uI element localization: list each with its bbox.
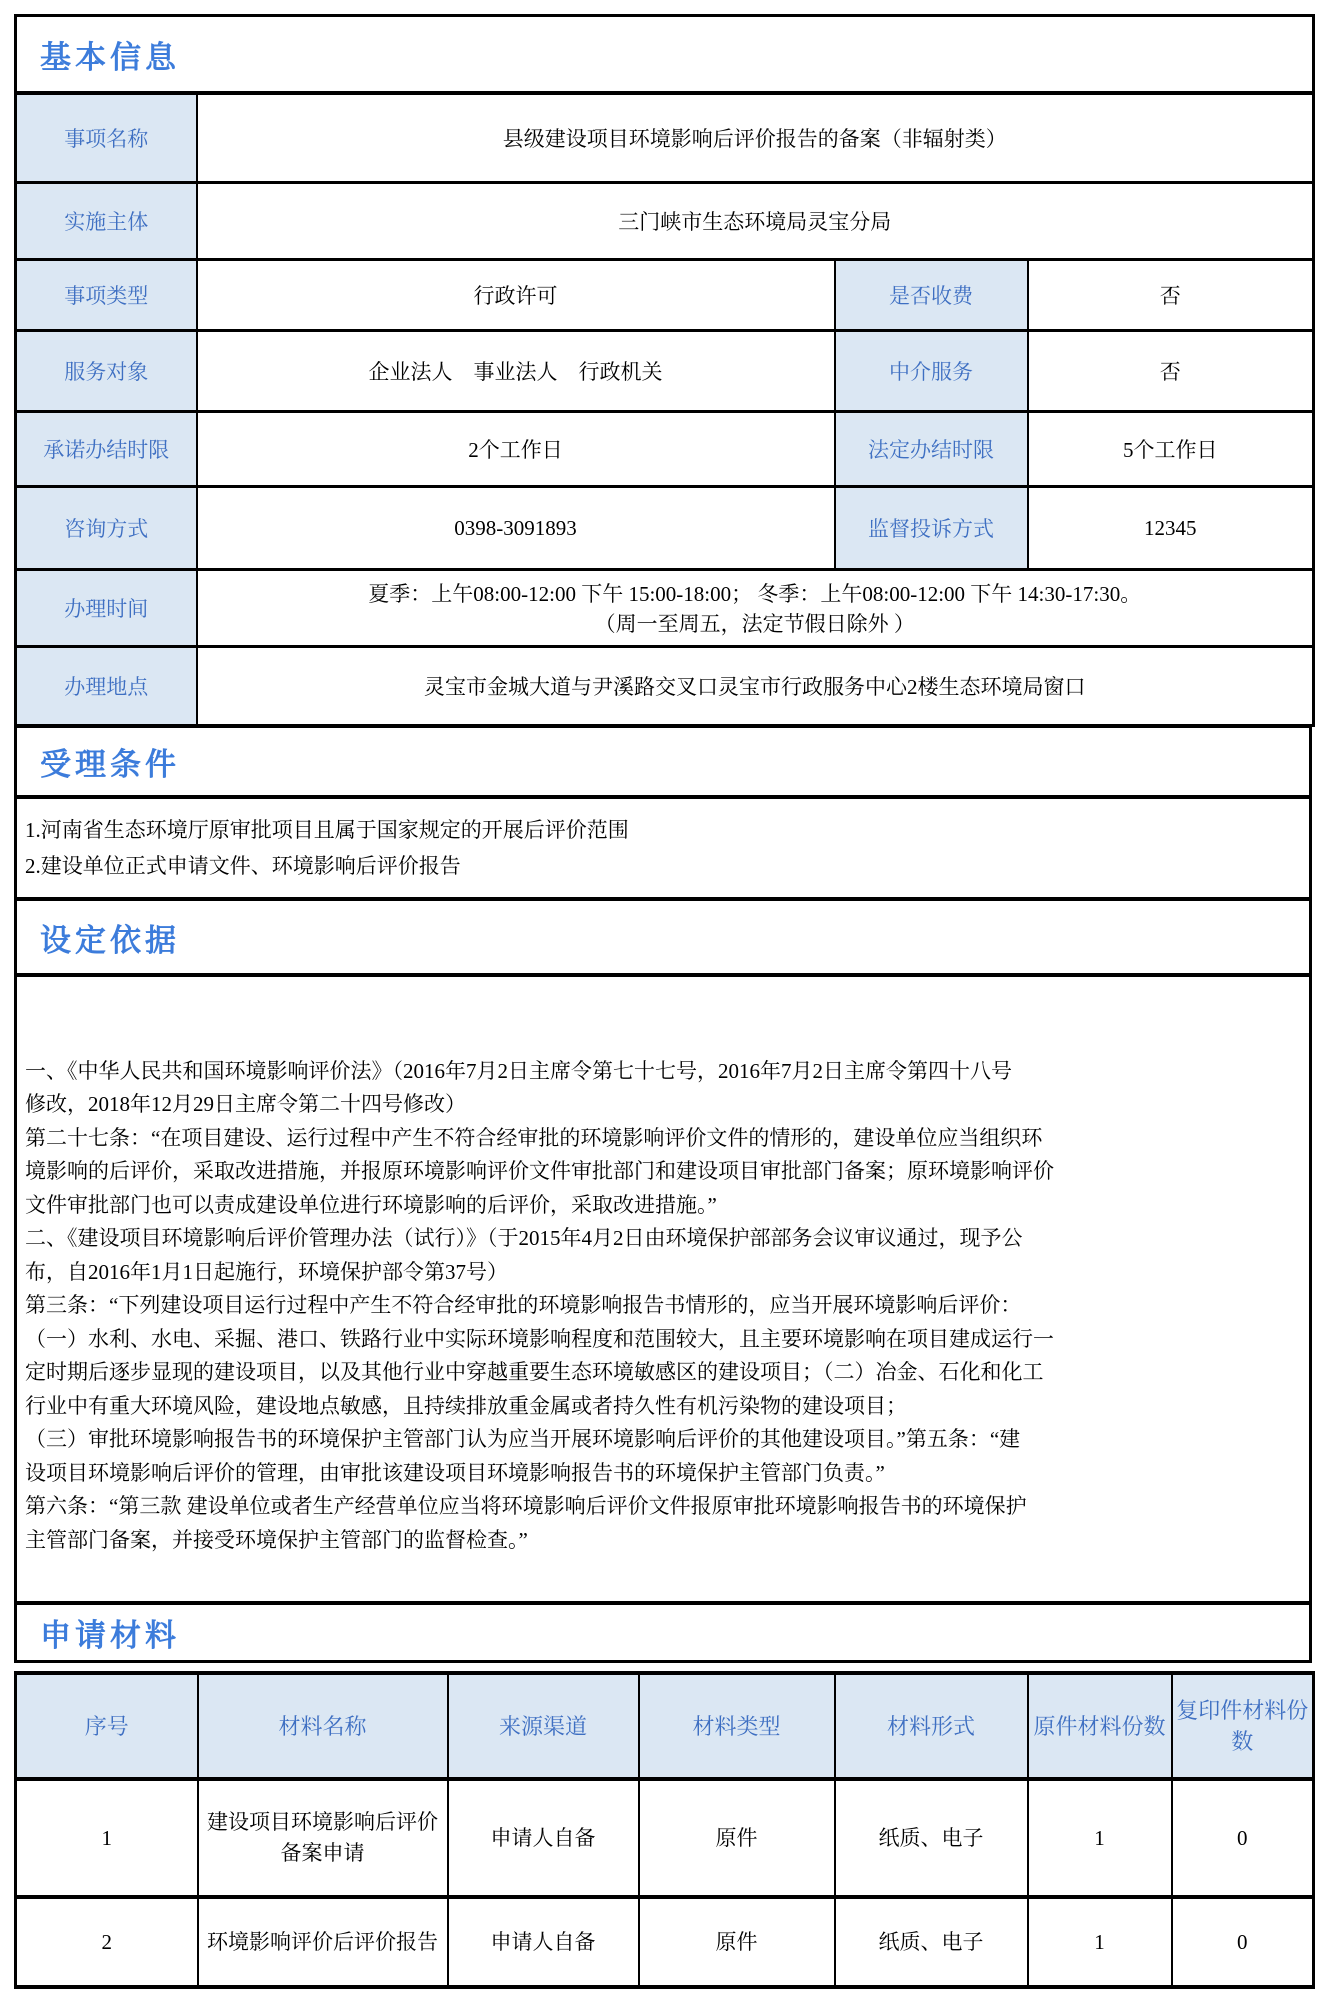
value-intermediary-service: 否 xyxy=(1028,331,1314,412)
material-2-form: 纸质、电子 xyxy=(835,1897,1028,1987)
material-1-originals: 1 xyxy=(1028,1779,1172,1897)
basic-info-table: 基本信息 事项名称 县级建设项目环境影响后评价报告的备案（非辐射类） 实施主体 … xyxy=(14,14,1315,727)
label-consultation-method: 咨询方式 xyxy=(16,487,197,570)
label-item-type: 事项类型 xyxy=(16,260,197,331)
section-header-acceptance: 受理条件 xyxy=(16,727,1311,798)
col-header-material-form: 材料形式 xyxy=(835,1673,1028,1779)
value-service-target: 企业法人 事业法人 行政机关 xyxy=(197,331,835,412)
col-header-material-name: 材料名称 xyxy=(198,1673,448,1779)
section-header-basic-info: 基本信息 xyxy=(16,16,1314,94)
legal-basis-text: 一、《中华人民共和国环境影响评价法》（2016年7月2日主席令第七十七号，201… xyxy=(16,975,1311,1603)
label-statutory-time-limit: 法定办结时限 xyxy=(835,412,1028,487)
col-header-original-copies: 原件材料份数 xyxy=(1028,1673,1172,1779)
materials-header-row: 序号 材料名称 来源渠道 材料类型 材料形式 原件材料份数 复印件材料份数 xyxy=(16,1673,1314,1779)
material-row: 2 环境影响评价后评价报告 申请人自备 原件 纸质、电子 1 0 xyxy=(16,1897,1314,1987)
col-header-serial-no: 序号 xyxy=(16,1673,198,1779)
materials-section-table: 申请材料 xyxy=(14,1602,1312,1663)
col-header-source-channel: 来源渠道 xyxy=(448,1673,639,1779)
service-item-document: 基本信息 事项名称 县级建设项目环境影响后评价报告的备案（非辐射类） 实施主体 … xyxy=(14,14,1312,1989)
col-header-photocopy-copies: 复印件材料份数 xyxy=(1172,1673,1314,1779)
material-1-form: 纸质、电子 xyxy=(835,1779,1028,1897)
value-item-name: 县级建设项目环境影响后评价报告的备案（非辐射类） xyxy=(197,93,1314,183)
value-statutory-time-limit: 5个工作日 xyxy=(1028,412,1314,487)
label-fee-required: 是否收费 xyxy=(835,260,1028,331)
label-intermediary-service: 中介服务 xyxy=(835,331,1028,412)
material-2-originals: 1 xyxy=(1028,1897,1172,1987)
legal-basis-table: 设定依据 一、《中华人民共和国环境影响评价法》（2016年7月2日主席令第七十七… xyxy=(14,898,1312,1604)
value-implementing-entity: 三门峡市生态环境局灵宝分局 xyxy=(197,183,1314,260)
acceptance-title: 受理条件 xyxy=(18,729,180,794)
value-fee-required: 否 xyxy=(1028,260,1314,331)
label-service-target: 服务对象 xyxy=(16,331,197,412)
label-handling-location: 办理地点 xyxy=(16,647,197,726)
material-1-source: 申请人自备 xyxy=(448,1779,639,1897)
materials-grid: 序号 材料名称 来源渠道 材料类型 材料形式 原件材料份数 复印件材料份数 1 … xyxy=(14,1671,1315,1989)
label-handling-time: 办理时间 xyxy=(16,570,197,647)
legal-basis-title: 设定依据 xyxy=(18,905,180,970)
material-2-name: 环境影响评价后评价报告 xyxy=(198,1897,448,1987)
label-item-name: 事项名称 xyxy=(16,93,197,183)
col-header-material-type: 材料类型 xyxy=(639,1673,835,1779)
value-handling-location: 灵宝市金城大道与尹溪路交叉口灵宝市行政服务中心2楼生态环境局窗口 xyxy=(197,647,1314,726)
material-1-no: 1 xyxy=(16,1779,198,1897)
material-2-no: 2 xyxy=(16,1897,198,1987)
material-1-name: 建设项目环境影响后评价备案申请 xyxy=(198,1779,448,1897)
value-supervision-complaint-method: 12345 xyxy=(1028,487,1314,570)
value-item-type: 行政许可 xyxy=(197,260,835,331)
materials-title: 申请材料 xyxy=(18,1606,180,1659)
value-promised-time-limit: 2个工作日 xyxy=(197,412,835,487)
material-2-copies: 0 xyxy=(1172,1897,1314,1987)
label-promised-time-limit: 承诺办结时限 xyxy=(16,412,197,487)
acceptance-conditions-text: 1.河南省生态环境厅原审批项目且属于国家规定的开展后评价范围 2.建设单位正式申… xyxy=(16,797,1311,899)
value-handling-time: 夏季：上午08:00-12:00 下午 15:00-18:00； 冬季：上午08… xyxy=(197,570,1314,647)
basic-info-title: 基本信息 xyxy=(18,22,180,87)
label-supervision-complaint-method: 监督投诉方式 xyxy=(835,487,1028,570)
acceptance-conditions-table: 受理条件 1.河南省生态环境厅原审批项目且属于国家规定的开展后评价范围 2.建设… xyxy=(14,725,1312,900)
material-row: 1 建设项目环境影响后评价备案申请 申请人自备 原件 纸质、电子 1 0 xyxy=(16,1779,1314,1897)
material-2-source: 申请人自备 xyxy=(448,1897,639,1987)
material-1-type: 原件 xyxy=(639,1779,835,1897)
section-header-materials: 申请材料 xyxy=(16,1604,1311,1662)
label-implementing-entity: 实施主体 xyxy=(16,183,197,260)
value-consultation-method: 0398-3091893 xyxy=(197,487,835,570)
section-header-legal-basis: 设定依据 xyxy=(16,900,1311,976)
material-2-type: 原件 xyxy=(639,1897,835,1987)
material-1-copies: 0 xyxy=(1172,1779,1314,1897)
